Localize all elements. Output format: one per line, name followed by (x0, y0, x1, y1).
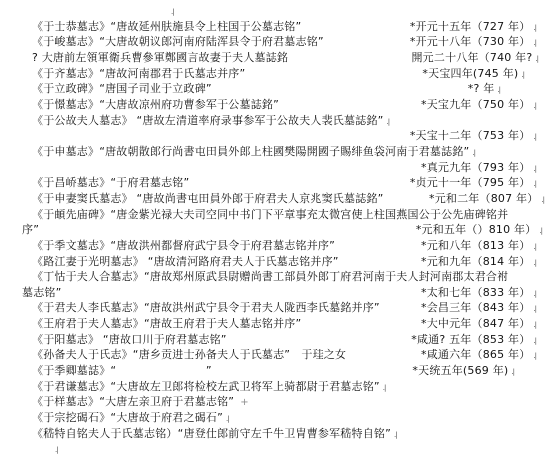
entry-row: 《路江妻于光明墓志》 “唐故清河路府君夫人于氏墓志铭并序”*元和九年（814 年… (0, 254, 546, 270)
entry-row: 《于阳墓志》 “唐故口川于府君墓志铭”*咸通? 五年（853 年）.| (0, 332, 546, 348)
entry-row: 序”*元和五年（）810 年）.| (0, 222, 546, 238)
entry-row: 《于立政碑》“唐国子司业于立政碑”*? 年.| (0, 81, 546, 97)
entry-row: 《于頔先庙碑》“唐金紫光禄大夫司空同中书门下平章事充太微宫使上柱国燕国公于公先庙… (0, 207, 546, 223)
entry-row: 《于憬墓志》“大唐故凉州府功曹参军于公墓誌銘”*天宝九年（750 年）.| (0, 97, 546, 113)
entry-row: 《于齐墓志》“唐故河南郡君于氏墓志并序”*天宝四年(745 年).| (0, 66, 546, 82)
entry-row: 《丁怙于夫人合墓志》“唐故郑州原武县尉赠尚書工部員外郎丁府君河南于夫人封河南郡太… (0, 269, 546, 285)
entry-title-text: 《路江妻于光明墓志》 “唐故清河路府君夫人于氏墓志铭并序” (0, 254, 339, 270)
entry-title-text: 《于士恭墓志》“唐故延州肤施县令上柱国于公墓志铭” (0, 19, 301, 35)
entry-row: 墓志铭”*太和七年（833 年）.| (0, 285, 546, 301)
entry-row: 《于宗挖碣石》“大唐故于府君之碣石”.| (0, 410, 546, 426)
entry-row: 《于君夫人李氏墓志》“唐故洪州武宁县令于君夫人陇西李氏墓銘并序”*会昌三年（84… (0, 300, 546, 316)
entry-title-text: 《于样墓志》“大唐左亲卫府于君墓志铭”+ (0, 394, 249, 411)
entry-row: 《于君谦墓志》“大唐故左卫郎将检校左武卫将军上骑都尉于君墓志铭”.| (0, 379, 546, 395)
blank-line: .| (0, 3, 546, 19)
entry-row: 《于季文墓志》“唐故洪州都督府武宁县令于府君墓志铭并序”*元和八年（813 年）… (0, 238, 546, 254)
entry-title-text: 《于季卿墓誌》“ ” (0, 363, 212, 379)
entry-title-text: 《于憬墓志》“大唐故凉州府功曹参军于公墓誌銘” (0, 97, 279, 113)
entry-title-text: 《于阳墓志》 “唐故口川于府君墓志铭” (0, 332, 227, 348)
entry-row: *天宝十二年（753 年）.| (0, 128, 546, 144)
entry-title-text: 《于申妻窦氏墓志》 “唐故尚書屯田員外郎于府君夫人京兆窦氏墓誌銘” (0, 191, 384, 207)
entry-title-text: 序” (0, 222, 39, 238)
entry-row: 《于峻墓志》“大唐故朝议郎河南府陆浑县令于府君墓志铭”*开元十八年（730 年）… (0, 34, 546, 50)
entry-row: 《王府君于夫人墓志》“唐故王府君于夫人墓志铭并序”*大中元年（847 年）.| (0, 316, 546, 332)
entry-title-text: 《于齐墓志》“唐故河南郡君于氏墓志并序” (0, 66, 245, 82)
entry-title-text: 《于立政碑》“唐国子司业于立政碑” (0, 81, 212, 97)
entry-row: 《于士恭墓志》“唐故延州肤施县令上柱国于公墓志铭”*开元十五年（727 年）.| (0, 19, 546, 35)
entry-row: 《于申墓志》“唐故朝散郎行尚書屯田員外郎上柱國樊陽開國子賜绯鱼袋河南于君墓誌銘”… (0, 144, 546, 160)
entry-title-text: 《于季文墓志》“唐故洪州都督府武宁县令于府君墓志铭并序” (0, 238, 335, 254)
epitaph-list: .|《于士恭墓志》“唐故延州肤施县令上柱国于公墓志铭”*开元十五年（727 年）… (0, 3, 546, 457)
entry-row: *真元九年（793 年）.| (0, 160, 546, 176)
entry-row: ? 大唐前左領軍衛兵曹參軍鄭國言故妻于夫人墓誌銘開元二十八年（740 年?.| (0, 50, 546, 66)
entry-title-text: 《丁怙于夫人合墓志》“唐故郑州原武县尉赠尚書工部員外郎丁府君河南于夫人封河南郡太… (0, 269, 508, 285)
entry-title-text: 《于昌峤墓志》“于府君墓志铭” (0, 175, 189, 191)
entry-row: 《于公故夫人墓志》 “唐故左清道率府录事参军于公故夫人裴氏墓誌銘”.| (0, 113, 546, 129)
entry-row: 《于季卿墓誌》“ ”*天统五年(569 年).| (0, 363, 546, 379)
entry-row: 《嵇特自铭夫人于氏墓志铭）“唐登仕郎前守左千牛卫胄曹参军嵇特自铭”.| (0, 426, 546, 442)
entry-title-text: 《孙备夫人于氏志》“唐乡贡进士孙备夫人于氏墓志” 于珪之女 (0, 347, 346, 363)
entry-row: 《于申妻窦氏墓志》 “唐故尚書屯田員外郎于府君夫人京兆窦氏墓誌銘”*元和二年（8… (0, 191, 546, 207)
plus-mark: + (240, 395, 249, 411)
entry-row: 《于昌峤墓志》“于府君墓志铭”*贞元十一年（795 年）.| (0, 175, 546, 191)
entry-title-text: 《于峻墓志》“大唐故朝议郎河南府陆浑县令于府君墓志铭” (0, 34, 324, 50)
entry-title-text: 《于君夫人李氏墓志》“唐故洪州武宁县令于君夫人陇西李氏墓銘并序” (0, 300, 380, 316)
line-break-mark: .| (55, 443, 58, 457)
entry-row: 《孙备夫人于氏志》“唐乡贡进士孙备夫人于氏墓志” 于珪之女*咸通六年（865 年… (0, 347, 546, 363)
entry-title-text: 墓志铭” (0, 285, 62, 301)
blank-line: .| (0, 441, 546, 457)
entry-title-text: 《于頔先庙碑》“唐金紫光禄大夫司空同中书门下平章事充太微宫使上柱国燕国公于公先庙… (0, 207, 508, 223)
entry-row: 《于样墓志》“大唐左亲卫府于君墓志铭”+ (0, 394, 546, 410)
entry-title-text: ? 大唐前左領軍衛兵曹參軍鄭國言故妻于夫人墓誌銘 (0, 50, 288, 66)
document-page: .|《于士恭墓志》“唐故延州肤施县令上柱国于公墓志铭”*开元十五年（727 年）… (0, 0, 546, 457)
entry-title-text: 《王府君于夫人墓志》“唐故王府君于夫人墓志铭并序” (0, 316, 301, 332)
